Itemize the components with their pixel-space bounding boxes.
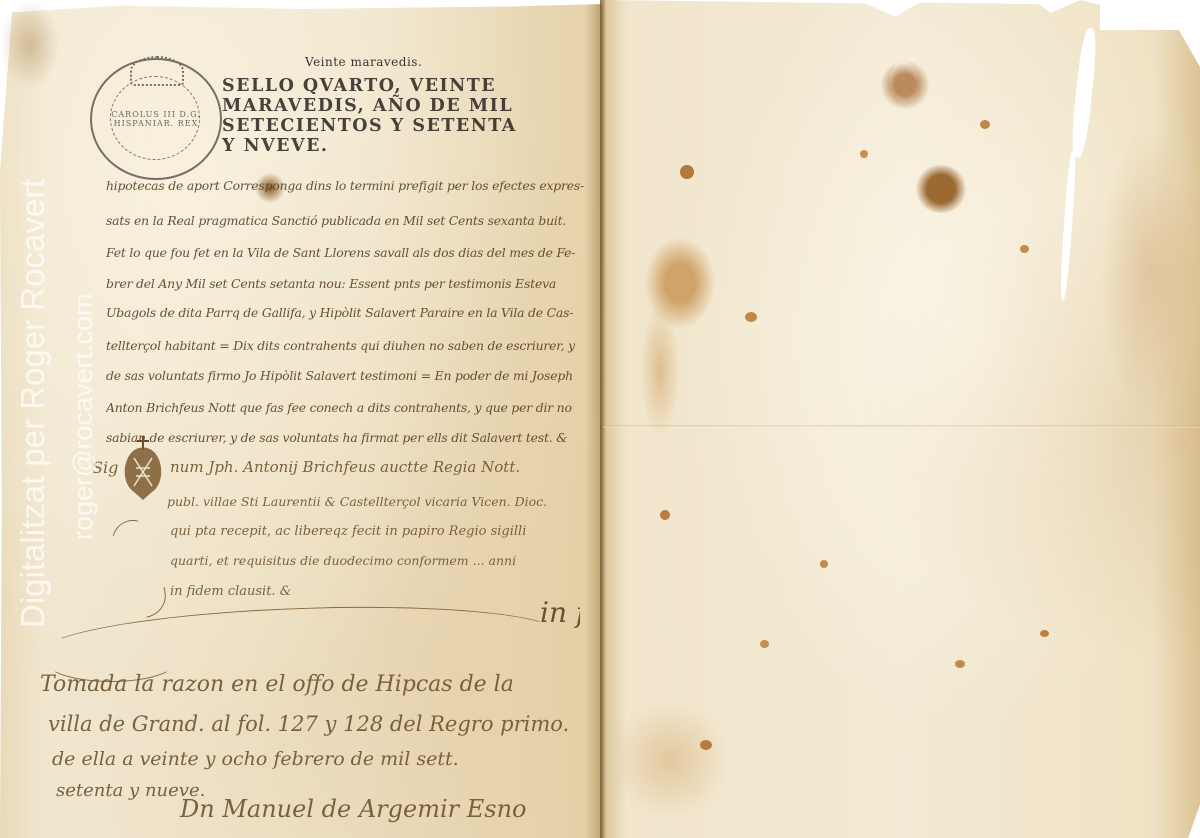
notary-signum-icon: [124, 436, 162, 502]
stain: [700, 740, 712, 750]
stain: [860, 150, 868, 158]
stain: [745, 312, 757, 322]
registration-line: villa de Grand. al fol. 127 y 128 del Re…: [48, 712, 569, 736]
edge-tear: [1100, 0, 1200, 30]
stain: [820, 560, 828, 568]
stain: [1020, 245, 1029, 253]
body-line: brer del Any Mil set Cents setanta nou: …: [106, 276, 596, 291]
royal-seal: CAROLUS III D.G. HISPANIAR. REX: [90, 58, 222, 180]
signum-line: publ. villae Sti Laurentii & Castellterç…: [167, 494, 547, 509]
signum-line: num Jph. Antonij Brichfeus auctte Regia …: [170, 458, 520, 476]
stain: [640, 300, 680, 440]
paper-stamp: SELLO QVARTO, VEINTE MARAVEDIS, AÑO DE M…: [222, 76, 517, 156]
stamp-denomination: Veinte maravedis.: [305, 55, 422, 69]
stain: [760, 640, 769, 648]
stain: [0, 0, 60, 90]
notary-rubric: in fidem clausit. &: [540, 596, 580, 629]
body-line: de sas voluntats firmo Jo Hipòlit Salave…: [106, 368, 596, 383]
body-line: tellterçol habitant = Dix dits contrahen…: [106, 338, 596, 353]
stain: [680, 165, 694, 179]
watermark-email: roger@rocavert.com: [68, 294, 99, 540]
body-line: Fet lo que fou fet en la Vila de Sant Ll…: [106, 245, 596, 260]
stain: [610, 700, 730, 820]
watermark-credit: Digitalitzat per Roger Rocavert: [14, 179, 52, 628]
body-line: Anton Brichfeus Nott que fas fee conech …: [106, 400, 596, 415]
stain: [980, 120, 990, 129]
scanned-document: CAROLUS III D.G. HISPANIAR. REX Veinte m…: [0, 0, 1200, 838]
body-line: Ubagols de dita Parrq de Gallifa, y Hipò…: [106, 305, 596, 320]
stamp-line: SETECIENTOS Y SETENTA: [222, 116, 517, 136]
body-line: sabian de escriurer, y de sas voluntats …: [106, 430, 596, 445]
stain: [1040, 630, 1049, 637]
horizontal-fold: [603, 425, 1200, 428]
stain: [955, 660, 965, 668]
registration-line: de ella a veinte y ocho febrero de mil s…: [52, 748, 459, 770]
signum-line: in fidem clausit. &: [170, 584, 291, 599]
stain: [660, 510, 670, 520]
center-fold: [600, 0, 606, 838]
signum-line: quarti, et requisitus die duodecimo conf…: [170, 553, 516, 568]
body-line: hipotecas de aport Corresponga dins lo t…: [106, 178, 596, 193]
stain: [1100, 120, 1200, 420]
stain: [880, 60, 930, 110]
signum-line: qui pta recepit, ac libereqz fecit in pa…: [170, 524, 526, 539]
stain: [915, 165, 967, 213]
registrar-signature: Dn Manuel de Argemir Esno: [180, 795, 526, 823]
registration-line: Tomada la razon en el offo de Hipcas de …: [40, 672, 514, 697]
stamp-line: MARAVEDIS, AÑO DE MIL: [222, 96, 517, 116]
body-line: sats en la Real pragmatica Sanctió publi…: [106, 213, 596, 228]
stamp-line: SELLO QVARTO, VEINTE: [222, 76, 517, 96]
stamp-line: Y NVEVE.: [222, 136, 517, 156]
seal-text: CAROLUS III D.G. HISPANIAR. REX: [92, 110, 220, 128]
